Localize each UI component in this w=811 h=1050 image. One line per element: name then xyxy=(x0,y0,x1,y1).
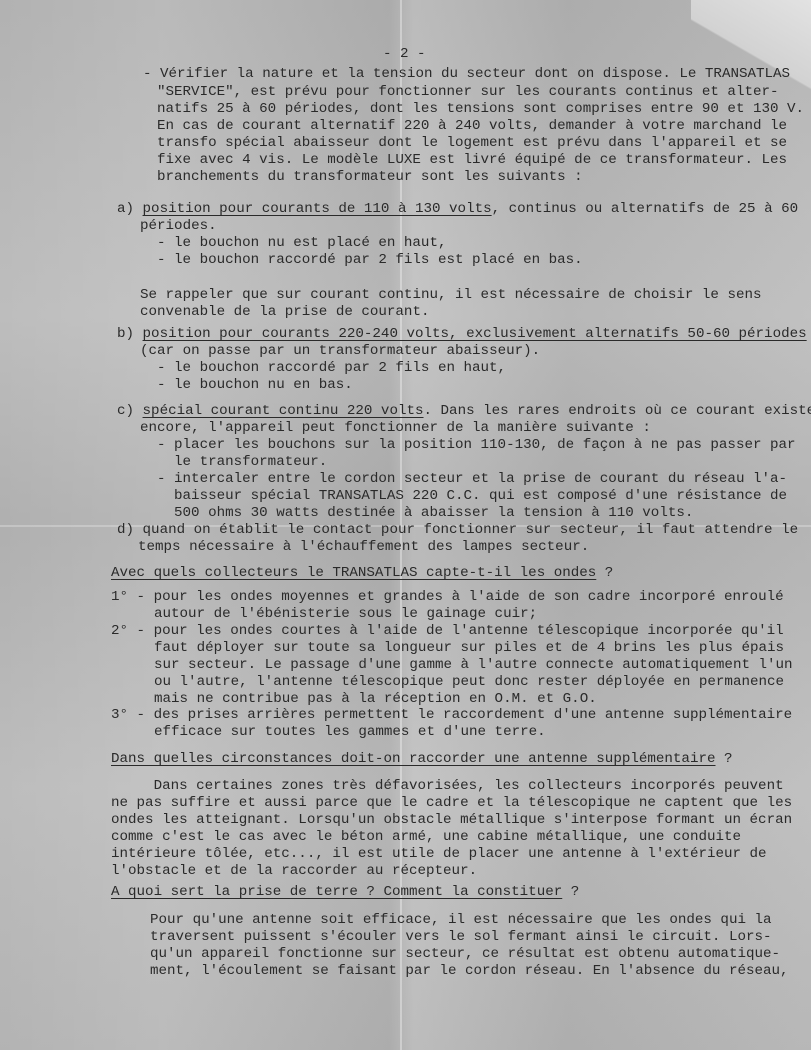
intro-line: transfo spécial abaisseur dont le logeme… xyxy=(157,135,787,152)
intro-line: En cas de courant alternatif 220 à 240 v… xyxy=(157,118,787,135)
list-item: - le bouchon nu est placé en haut, xyxy=(157,235,446,252)
page-number: - 2 - xyxy=(383,46,426,63)
note-line: Se rappeler que sur courant continu, il … xyxy=(140,287,762,304)
item-text: des prises arrières permettent le raccor… xyxy=(154,707,793,723)
question-heading: A quoi sert la prise de terre ? Comment … xyxy=(111,884,579,901)
question-text: A quoi sert la prise de terre ? Comment … xyxy=(111,884,562,900)
section-a: a) position pour courants de 110 à 130 v… xyxy=(117,201,798,218)
paragraph-line: traversent puissent s'écouler vers le so… xyxy=(150,929,772,946)
section-heading: spécial courant continu 220 volts xyxy=(143,403,424,419)
paragraph-line: qu'un appareil fonctionne sur secteur, c… xyxy=(150,946,780,963)
item-text: pour les ondes courtes à l'aide de l'ant… xyxy=(154,623,784,639)
section-line: (car on passe par un transformateur abai… xyxy=(140,343,540,360)
section-marker: d) xyxy=(117,522,134,538)
question-mark: ? xyxy=(562,884,579,900)
note-line: convenable de la prise de courant. xyxy=(140,304,429,321)
paragraph-line: ment, l'écoulement se faisant par le cor… xyxy=(150,963,789,980)
item-number: 3° - xyxy=(111,707,145,723)
section-text: quand on établit le contact pour fonctio… xyxy=(143,522,799,538)
item-line: mais ne contribue pas à la réception en … xyxy=(154,691,597,708)
intro-line: - Vérifier la nature et la tension du se… xyxy=(143,66,790,83)
item-text: pour les ondes moyennes et grandes à l'a… xyxy=(154,589,784,605)
question-heading: Avec quels collecteurs le TRANSATLAS cap… xyxy=(111,565,613,582)
numbered-item: 1° - pour les ondes moyennes et grandes … xyxy=(111,589,784,606)
section-line: périodes. xyxy=(140,218,217,235)
paragraph-line: comme c'est le cas avec le béton armé, u… xyxy=(111,829,741,846)
intro-line: "SERVICE", est prévu pour fonctionner su… xyxy=(157,84,779,101)
numbered-item: 3° - des prises arrières permettent le r… xyxy=(111,707,792,724)
section-line: encore, l'appareil peut fonctionner de l… xyxy=(140,420,651,437)
intro-line: natifs 25 à 60 périodes, dont les tensio… xyxy=(157,101,804,118)
item-line: autour de l'ébénisterie sous le gainage … xyxy=(154,606,537,623)
question-text: Avec quels collecteurs le TRANSATLAS cap… xyxy=(111,565,596,581)
paragraph-line: ne pas suffire et aussi parce que le cad… xyxy=(111,795,792,812)
item-number: 2° - xyxy=(111,623,145,639)
list-item: - intercaler entre le cordon secteur et … xyxy=(157,471,787,488)
document-page: - 2 - - Vérifier la nature et la tension… xyxy=(0,0,811,1050)
question-mark: ? xyxy=(596,565,613,581)
item-line: efficace sur toutes les gammes et d'une … xyxy=(154,724,546,741)
section-marker: b) xyxy=(117,326,134,342)
paragraph-line: ondes les atteignant. Lorsqu'un obstacle… xyxy=(111,812,792,829)
intro-line: fixe avec 4 vis. Le modèle LUXE est livr… xyxy=(157,152,787,169)
numbered-item: 2° - pour les ondes courtes à l'aide de … xyxy=(111,623,784,640)
item-number: 1° - xyxy=(111,589,145,605)
section-line: temps nécessaire à l'échauffement des la… xyxy=(138,539,589,556)
section-heading: position pour courants de 110 à 130 volt… xyxy=(143,201,492,217)
section-c: c) spécial courant continu 220 volts. Da… xyxy=(117,403,811,420)
list-item: baisseur spécial TRANSATLAS 220 C.C. qui… xyxy=(157,488,787,505)
question-mark: ? xyxy=(716,751,733,767)
paragraph-line: intérieure tôlée, etc..., il est utile d… xyxy=(111,846,767,863)
intro-line: branchements du transformateur sont les … xyxy=(157,169,583,186)
paragraph-line: l'obstacle et de la raccorder au récepte… xyxy=(111,863,477,880)
item-line: sur secteur. Le passage d'une gamme à l'… xyxy=(154,657,793,674)
section-b: b) position pour courants 220-240 volts,… xyxy=(117,326,807,343)
question-text: Dans quelles circonstances doit-on racco… xyxy=(111,751,716,767)
paragraph-line: Dans certaines zones très défavorisées, … xyxy=(111,778,784,795)
list-item: - le bouchon raccordé par 2 fils en haut… xyxy=(157,360,506,377)
section-text: , continus ou alternatifs de 25 à 60 xyxy=(492,201,799,217)
section-d: d) quand on établit le contact pour fonc… xyxy=(117,522,798,539)
list-item: - le bouchon raccordé par 2 fils est pla… xyxy=(157,252,583,269)
section-marker: a) xyxy=(117,201,134,217)
list-item: - placer les bouchons sur la position 11… xyxy=(157,437,796,454)
section-heading: position pour courants 220-240 volts, ex… xyxy=(143,326,807,342)
list-item: 500 ohms 30 watts destinée à abaisser la… xyxy=(157,505,693,522)
question-heading: Dans quelles circonstances doit-on racco… xyxy=(111,751,733,768)
section-text: . Dans les rares endroits où ce courant … xyxy=(424,403,811,419)
list-item: - le bouchon nu en bas. xyxy=(157,377,353,394)
list-item: le transformateur. xyxy=(157,454,327,471)
item-line: ou l'autre, l'antenne télescopique peut … xyxy=(154,674,784,691)
item-line: faut déployer sur toute sa longueur sur … xyxy=(154,640,784,657)
paragraph-line: Pour qu'une antenne soit efficace, il es… xyxy=(150,912,772,929)
section-marker: c) xyxy=(117,403,134,419)
